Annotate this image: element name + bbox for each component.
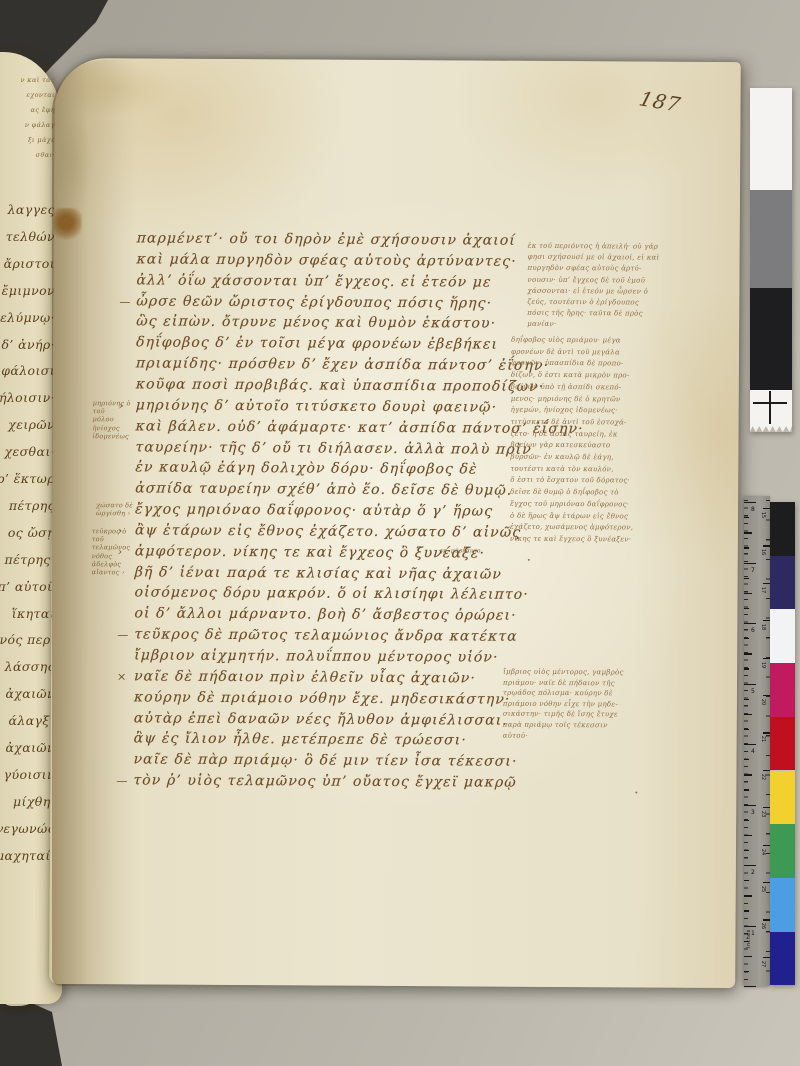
scholia-line: πριάμου· ναῖε δὲ πήδαιον τῆς — [503, 677, 624, 688]
manuscript-text-line: ὦρσε θεῶν ὤριστος ἐρίγδουπος πόσις ἥρης· — [136, 293, 493, 311]
ruler-tick-cm — [763, 583, 770, 584]
ruler-cm-number: 18 — [760, 624, 766, 630]
manuscript-text-line: ὣς εἰπὼν. ὄτρυνε μένος καὶ θυμὸν ἑκάστου… — [136, 314, 497, 332]
gloss-line: τελαμῶνος — [92, 544, 138, 552]
ruler-tick-half-inch — [744, 956, 752, 957]
manuscript-text-line: πριαμίδης· πρόσθεν δ’ ἔχεν ἀσπίδα πάντοσ… — [136, 356, 550, 375]
ruler-inch-number: 2 — [751, 869, 755, 876]
ruler-tick-quarter-inch — [744, 578, 749, 579]
ruler-tick-quarter-inch — [744, 850, 749, 851]
ruler-cm-number: 21 — [760, 736, 766, 742]
manuscript-text-line: τεῦκρος δὲ πρῶτος τελαμώνιος ἄνδρα κατέκ… — [134, 627, 518, 645]
ruler-tick-quarter-inch — [744, 638, 749, 639]
ruler-tick-half-inch — [744, 532, 752, 533]
ruler-tick-inch — [744, 805, 756, 806]
grayscale-patch — [750, 88, 792, 190]
scholia-line: τιτύσκετο δὲ ἀντὶ τοῦ ἐστοχά- — [511, 417, 634, 429]
registration-tab — [750, 390, 792, 432]
color-calibration-patch — [770, 609, 795, 663]
margin-scholia-block: δηΐφοβος υἱὸς πριάμου· μέγαφρονέων δὲ ἀν… — [510, 335, 635, 546]
scholia-line: τουτέστι κατὰ τὸν καυλόν, — [510, 463, 633, 475]
scholia-line: ὅ ἐστι τὸ ἔσχατον τοῦ δόρατος· — [510, 475, 633, 487]
ruler-tick-cm — [763, 695, 770, 696]
scholia-line: χάσσονται· εἰ ἐτεόν με ὦρσεν ὁ — [527, 286, 659, 298]
scholia-line: ἴμβριος υἱὸς μέντορος, γαμβρὸς — [503, 667, 624, 678]
ruler-tick-inch — [744, 684, 756, 685]
ruler-tick-quarter-inch — [744, 941, 749, 942]
critical-mark-obelos: — — [116, 774, 127, 787]
critical-mark-obelos: — — [119, 295, 130, 308]
manuscript-text-line: ἀμφότερον. νίκης τε καὶ ἔγχεος ὃ ξυνέαξε… — [134, 543, 485, 561]
ruler-cm-number: 24 — [760, 848, 766, 854]
ruler-tick-quarter-inch — [744, 729, 749, 730]
scholia-line: φρονῶν· ὑπασπίδια δὲ προπο- — [511, 358, 634, 370]
facing-page-text-fragment: ἄριστοι — [4, 256, 55, 271]
ruler-tick-quarter-inch — [744, 547, 749, 548]
ruler-inch-number: 3 — [751, 809, 755, 816]
critical-mark-obelos: — — [117, 628, 128, 641]
scholia-line: νουσιν· ὑπ’ ἔγχεος δὲ τοῦ ἐμοῦ — [527, 274, 659, 286]
ruler-tick-quarter-inch — [744, 971, 749, 972]
facing-page-text-fragment: ἀχαιῶν — [5, 686, 55, 701]
gloss-line: τεῦκρος ὁ τοῦ — [92, 527, 138, 544]
manuscript-text-line: ἴμβριον αἰχμητήν. πολυΐππου μέντορος υἱό… — [134, 647, 499, 665]
manuscript-photo: ν καὶ τὰςεχονταιας ἔφην φάλαγξι μάχεσθαι… — [0, 0, 800, 1066]
stain — [54, 118, 95, 208]
ruler-tick-inch — [744, 502, 756, 503]
ruler-cm-number: 17 — [760, 587, 766, 593]
facing-page-text-fragment: ἀχαιῶν — [5, 740, 55, 755]
ruler-tick-inch — [744, 926, 756, 927]
ruler-tick-cm — [763, 807, 770, 808]
manuscript-text-line: κοῦφα ποσὶ προβιβάς. καὶ ὑπασπίδια προπο… — [135, 376, 544, 394]
manuscript-text-line: βῆ δ’ ἰέναι παρά τε κλισίας καὶ νῆας ἀχα… — [134, 564, 502, 582]
ruler-tick-inch — [744, 986, 756, 987]
ruler-tick-inch — [744, 865, 756, 866]
folio-number: 187 — [637, 87, 684, 117]
gloss-line: μόλου ἡνίοχος — [93, 416, 139, 433]
ruler-tick-cm — [763, 919, 770, 920]
manuscript-text-line: ἐν καυλῷ ἐάγη δολιχὸν δόρυ· δηΐφοβος δὲ — [135, 460, 478, 478]
manuscript-text-line: ναῖε δὲ πήδαιον πρὶν ἐλθεῖν υἷας ἀχαιῶν· — [134, 668, 477, 686]
ruler-tick-quarter-inch — [744, 820, 749, 821]
scholia-line: μενος· μηριόνης δὲ ὁ κρητῶν — [511, 393, 634, 405]
ruler-inch-number: 5 — [751, 688, 755, 695]
ruler-cm-number: 20 — [760, 699, 766, 705]
manuscript-text-line: ἀσπίδα ταυρείην σχέθ’ ἀπὸ ἕο. δεῖσε δὲ θ… — [135, 481, 513, 499]
cross-mark-vertical — [769, 391, 771, 424]
manuscript-text-line: δηΐφοβος δ’ ἐν τοῖσι μέγα φρονέων ἐβεβήκ… — [136, 335, 499, 353]
manuscript-text-line: αὐτὰρ ἐπεὶ δαναῶν νέες ἤλυθον ἀμφιέλισσα… — [133, 710, 508, 728]
facing-page-text-fragment: ελύμνῳ· — [0, 310, 55, 325]
ruler-inch-number: 1 — [751, 930, 755, 937]
ruler-tick-quarter-inch — [744, 608, 749, 609]
ruler-tick-quarter-inch — [744, 759, 749, 760]
scholia-line: τρῳάδος πόλισμα· κούρην δὲ — [503, 688, 624, 699]
manuscript-text-line: παρμένετ’· οὔ τοι δηρὸν ἐμὲ σχήσουσιν ἀχ… — [136, 230, 516, 248]
scholia-line: ἐχάζετο, χωσάμενος ἀμφότερον, — [510, 522, 633, 534]
margin-scholia-block: ἐκ τοῦ περιόντος ἡ ἀπειλή· οὐ γάρφησι σχ… — [527, 241, 659, 331]
scholia-line: παρὰ πριάμῳ τοῖς τέκεσσιν — [503, 720, 624, 731]
facing-page-scholia-fragment: ξι μάχε — [28, 136, 55, 144]
scholia-line: νίκης τε καὶ ἔγχεος ὃ ξυνέαξεν· — [510, 534, 633, 546]
ruler-tick-quarter-inch — [744, 910, 749, 911]
margin-gloss-left: τεῦκρος ὁ τοῦτελαμῶνοςνόθος ἀδελφὸςαἴαντ… — [92, 527, 138, 576]
interlinear-variant-note: γρ. μάρναντο — [440, 547, 481, 554]
ruler-cm-number: 22 — [760, 774, 766, 780]
gloss-line: νόθος ἀδελφὸς — [92, 552, 138, 569]
manuscript-text-line: ἂψ ἑτάρων εἰς ἔθνος ἐχάζετο. χώσατο δ’ α… — [134, 522, 521, 540]
scholia-line: πριάμοιο νόθην εἶχε τὴν μηδε- — [503, 698, 624, 709]
ruler-tick-inch — [744, 744, 756, 745]
color-calibration-bar — [770, 502, 795, 985]
scholia-line: βαίνων ὑπὸ τῇ ἀσπίδι σκεπό- — [511, 382, 634, 394]
ruler-inch-number: 4 — [751, 748, 755, 755]
ruler-tick-inch — [744, 623, 756, 624]
scholia-line: ζετο· ἡ δὲ ἀσπὶς ταυρείη, ἐκ — [511, 428, 634, 440]
scholia-line: φρονέων δὲ ἀντὶ τοῦ μεγάλα — [511, 346, 634, 358]
manuscript-text-line: ναῖε δὲ πὰρ πριάμῳ· ὃ δέ μιν τίεν ἶσα τέ… — [133, 752, 518, 770]
margin-gloss-left: μηριόνης ὁ τοῦμόλου ἡνίοχοςἰδομενέως — [93, 399, 139, 440]
ruler-cm-number: 26 — [760, 923, 766, 929]
color-calibration-patch — [770, 663, 795, 717]
ruler-tick-half-inch — [744, 835, 752, 836]
ruler-tick-quarter-inch — [744, 880, 749, 881]
facing-page-text-fragment: π’ αὐτοῦ — [0, 579, 55, 594]
manuscript-text-line: οἰσόμενος δόρυ μακρόν. ὅ οἱ κλισίηφι λέλ… — [134, 585, 529, 603]
manuscript-text-line: ταυρείην· τῆς δ’ οὔ τι διήλασεν. ἀλλὰ πο… — [135, 439, 532, 457]
facing-page-text-fragment: λήλοισιν· — [0, 390, 55, 405]
facing-page-text-fragment: νός περ· — [0, 632, 55, 647]
manuscript-text-line: μηριόνης δ’ αὐτοῖο τιτύσκετο δουρὶ φαειν… — [135, 397, 497, 415]
manuscript-page: 187 παρμένετ’· οὔ τοι δηρὸν ἐμὲ σχήσουσι… — [49, 58, 741, 988]
facing-page-text-fragment: γεγωνώς — [0, 821, 55, 836]
ruler-tick-quarter-inch — [744, 517, 749, 518]
grayscale-patch — [750, 288, 792, 390]
ruler-tick-inch — [744, 563, 756, 564]
ruler-tick-cm — [763, 545, 770, 546]
scholia-line: μανίαν· — [527, 319, 659, 331]
ruler-tick-half-inch — [744, 653, 752, 654]
scholia-line: πόσις τῆς ἥρης· ταῦτα δὲ πρὸς — [527, 308, 659, 320]
ruler-tick-cm — [763, 957, 770, 958]
facing-page-text-fragment: γύοισιν — [4, 767, 55, 782]
scholia-line: αὐτοῦ· — [503, 730, 624, 741]
grayscale-calibration-strip — [750, 88, 792, 432]
facing-page-text-fragment: ος ὤσῃ — [8, 525, 55, 540]
ink-speck — [635, 791, 637, 793]
scholia-line: ἐκ τοῦ περιόντος ἡ ἀπειλή· οὐ γάρ — [528, 241, 660, 253]
margin-scholia-block: ἴμβριος υἱὸς μέντορος, γαμβρὸςπριάμου· ν… — [503, 667, 624, 742]
facing-page-text-fragment: α δ’ ἀνήρ· — [0, 337, 55, 352]
scholia-line: δηΐφοβος υἱὸς πριάμου· μέγα — [511, 335, 634, 347]
ruler: Inches 876543211516171819202122232425262… — [744, 496, 770, 986]
ruler-inch-number: 8 — [751, 506, 755, 513]
ruler-tick-cm — [763, 732, 770, 733]
facing-page-scholia-fragment: ας ἔφη — [31, 106, 55, 114]
manuscript-text-line: κούρην δὲ πριάμοιο νόθην ἔχε. μηδεσικάστ… — [133, 689, 510, 707]
ruler-tick-quarter-inch — [744, 699, 749, 700]
facing-page-text-fragment: πέτρης — [9, 498, 55, 513]
gloss-line: ὠργίσθη › — [96, 509, 142, 517]
facing-page-text-fragment: μίχθη· — [13, 794, 55, 809]
facing-page-text-fragment: τελθών — [6, 229, 55, 244]
ruler-tick-half-inch — [744, 714, 752, 715]
ruler-tick-cm — [763, 770, 770, 771]
ruler-tick-quarter-inch — [744, 668, 749, 669]
facing-page-text-fragment: λαγγες — [8, 202, 55, 217]
ruler-tick-half-inch — [744, 895, 752, 896]
scholia-line: φησι σχήσουσί με οἱ ἀχαιοί, εἰ καὶ — [528, 252, 660, 264]
ruler-tick-quarter-inch — [744, 789, 749, 790]
stain — [54, 58, 174, 119]
facing-page-text-fragment: χειρῶν — [8, 417, 55, 432]
color-calibration-patch — [770, 771, 795, 825]
ruler-tick-cm — [763, 508, 770, 509]
manuscript-text-line: τὸν ῥ’ υἱὸς τελαμῶνος ὑπ’ οὔατος ἔγχεϊ μ… — [133, 773, 517, 791]
scholia-line: δίζων, ὅ ἐστι κατὰ μικρὸν προ- — [511, 370, 634, 382]
facing-page-text-fragment: χεσθαι· — [5, 444, 55, 459]
color-calibration-patch — [770, 556, 795, 610]
scholia-line: ἡγεμών, ἡνίοχος ἰδομενέως· — [511, 405, 634, 417]
manuscript-text-line: καὶ μάλα πυργηδὸν σφέας αὐτοὺς ἀρτύναντε… — [136, 251, 517, 269]
scholia-line: βυρσῶν· ἐν καυλῷ δὲ ἐάγη, — [510, 452, 633, 464]
scholia-line: ὁ δὲ ἥρως ἂψ ἑτάρων εἰς ἔθνος — [510, 510, 633, 522]
manuscript-text-line: ἀλλ’ ὀΐω χάσσονται ὑπ’ ἔγχεος. εἰ ἐτεόν … — [136, 272, 492, 290]
ruler-tick-half-inch — [744, 593, 752, 594]
color-calibration-patch — [770, 717, 795, 771]
scholia-line: δεῖσε δὲ θυμῷ ὁ δηΐφοβος τὸ — [510, 487, 633, 499]
color-calibration-patch — [770, 932, 795, 986]
ruler-tick-cm — [763, 658, 770, 659]
manuscript-text-line: οἱ δ’ ἄλλοι μάρναντο. βοὴ δ’ ἄσβεστος ὀρ… — [134, 606, 517, 624]
ruler-cm-number: 25 — [760, 886, 766, 892]
critical-mark-chi: × — [117, 670, 126, 683]
ruler-tick-cm — [763, 845, 770, 846]
facing-page-scholia-fragment: ν φάλαγ — [25, 121, 55, 129]
facing-page-text-fragment: άλαγξι — [9, 713, 55, 728]
facing-page-scholia-fragment: σθαι· — [36, 151, 55, 159]
facing-page-text-fragment: πέτρης· — [5, 552, 55, 567]
scholia-line: πυργηδὸν σφέας αὐτοὺς ἀρτύ- — [528, 263, 660, 275]
gloss-line: μηριόνης ὁ τοῦ — [93, 399, 139, 416]
color-calibration-patch — [770, 502, 795, 556]
ruler-tick-cm — [763, 882, 770, 883]
ruler-cm-number: 16 — [760, 549, 766, 555]
ruler-tick-cm — [763, 620, 770, 621]
facing-page-text-fragment: φάλοισι — [1, 363, 55, 378]
color-calibration-patch — [770, 824, 795, 878]
facing-page-text-fragment: λάσσης — [5, 659, 55, 674]
gloss-line: ἰδομενέως — [93, 432, 139, 440]
ruler-cm-number: 23 — [760, 811, 766, 817]
stain — [54, 208, 82, 240]
ruler-cm-number: 15 — [760, 512, 766, 518]
ruler-cm-number: 27 — [760, 961, 766, 967]
scholia-line: βοείων γὰρ κατεσκεύαστο — [510, 440, 633, 452]
facing-page-text-fragment: ἵκηται — [12, 606, 55, 621]
facing-page-scholia-fragment: εχονται — [26, 91, 55, 99]
facing-page-text-fragment: μαχηταί· — [0, 848, 55, 863]
facing-page-text-fragment: ρ’ ἕκτωρ — [0, 471, 55, 486]
scholia-line: ἔγχος τοῦ μηριόναο δαΐφρονος· — [510, 499, 633, 511]
ruler-inch-number: 6 — [751, 627, 755, 634]
manuscript-text-line: ἂψ ἐς ἴλιον ἦλθε. μετέπρεπε δὲ τρώεσσι· — [133, 731, 467, 749]
facing-page-scholia-fragment: ν καὶ τὰς — [20, 76, 55, 84]
margin-gloss-left: χώσατο δὲὠργίσθη › — [96, 501, 142, 518]
manuscript-text-line: ἔγχος μηριόναο δαΐφρονος· αὐτὰρ ὅ γ’ ἥρω… — [135, 501, 494, 519]
ruler-tick-half-inch — [744, 774, 752, 775]
ink-speck — [528, 559, 530, 561]
color-calibration-patch — [770, 878, 795, 932]
facing-page-text-fragment: ἔμιμνον — [2, 283, 55, 298]
grayscale-patch — [750, 190, 792, 288]
ruler-cm-number: 19 — [760, 661, 766, 667]
scholia-line: ζεύς, τουτέστιν ὁ ἐρίγδουπος — [527, 297, 659, 309]
gloss-line: αἴαντος › — [92, 568, 138, 576]
scholia-line: σικάστην· τιμῆς δὲ ἴσης ἔτυχε — [503, 709, 624, 720]
ruler-inch-number: 7 — [751, 567, 755, 574]
